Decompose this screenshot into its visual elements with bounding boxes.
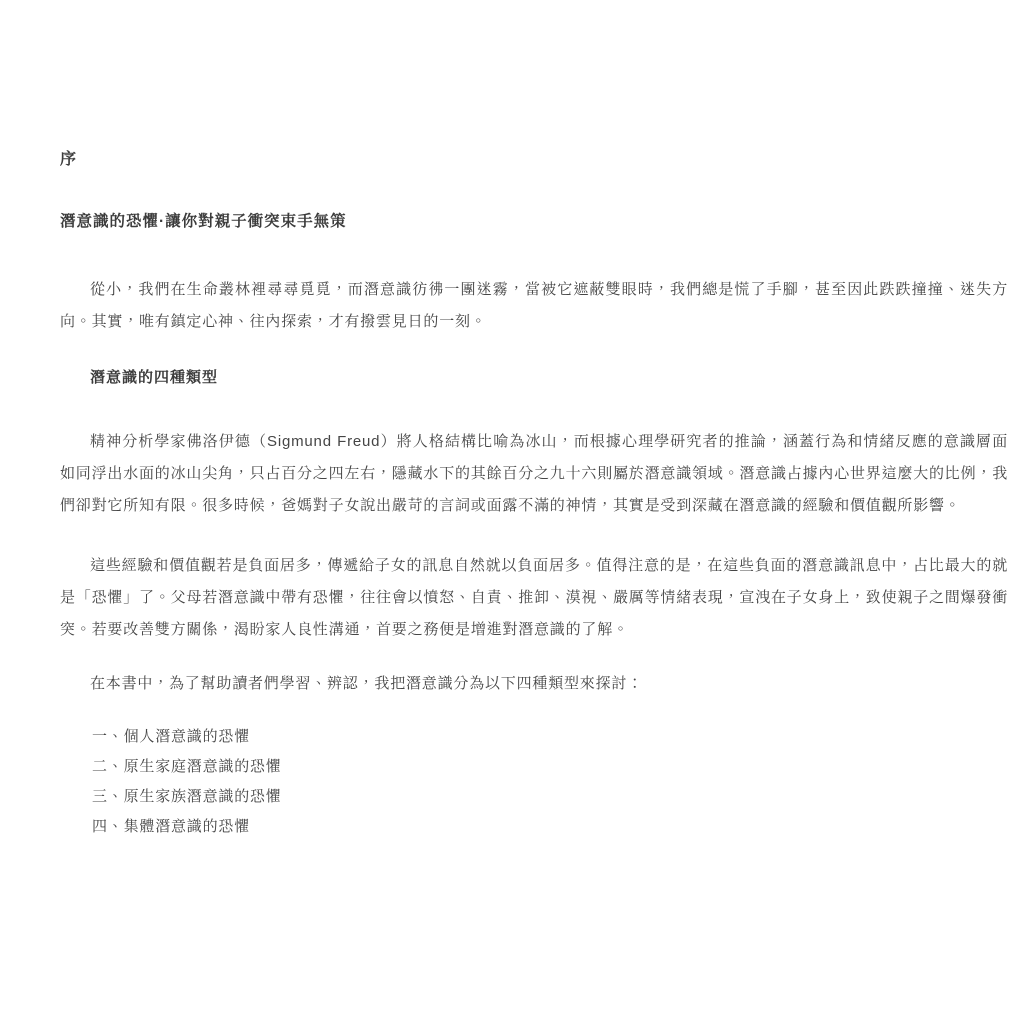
paragraph-freud-iceberg: 精神分析學家佛洛伊德（Sigmund Freud）將人格結構比喻為冰山，而根據心…	[60, 426, 1008, 522]
chapter-heading: 潛意識的恐懼·讓你對親子衝突束手無策	[60, 212, 1008, 232]
paragraph-intro: 從小，我們在生命叢林裡尋尋覓覓，而潛意識彷彿一團迷霧，當被它遮蔽雙眼時，我們總是…	[60, 274, 1008, 338]
paragraph-four-types-intro: 在本書中，為了幫助讀者們學習、辨認，我把潛意識分為以下四種類型來探討：	[60, 668, 1008, 700]
subconscious-type-list: 一、個人潛意識的恐懼 二、原生家庭潛意識的恐懼 三、原生家族潛意識的恐懼 四、集…	[60, 722, 1008, 842]
preface-title: 序	[60, 150, 1008, 170]
preface-content: 序 潛意識的恐懼·讓你對親子衝突束手無策 從小，我們在生命叢林裡尋尋覓覓，而潛意…	[60, 150, 1008, 842]
paragraph-negative-fear: 這些經驗和價值觀若是負面居多，傳遞給子女的訊息自然就以負面居多。值得注意的是，在…	[60, 550, 1008, 646]
list-item-personal: 一、個人潛意識的恐懼	[92, 722, 1008, 752]
list-item-extended-family: 三、原生家族潛意識的恐懼	[92, 782, 1008, 812]
list-item-collective: 四、集體潛意識的恐懼	[92, 812, 1008, 842]
section-subheading: 潛意識的四種類型	[60, 368, 1008, 388]
list-item-family-of-origin: 二、原生家庭潛意識的恐懼	[92, 752, 1008, 782]
document-page: 序 潛意識的恐懼·讓你對親子衝突束手無策 從小，我們在生命叢林裡尋尋覓覓，而潛意…	[0, 0, 1024, 1024]
